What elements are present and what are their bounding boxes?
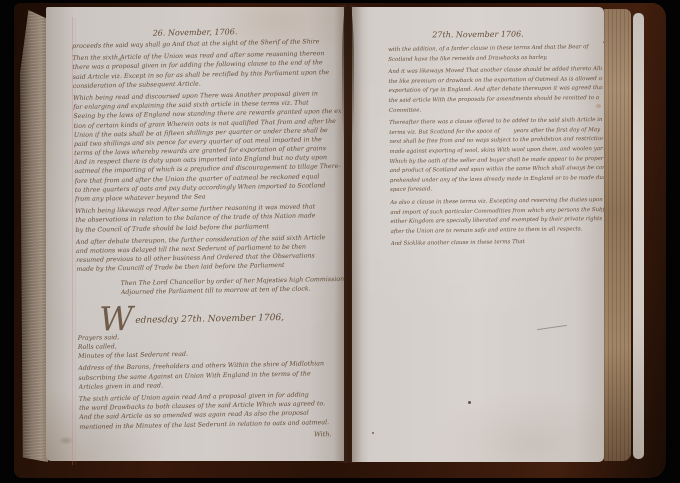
adjournment-block: Then The Lord Chancellor by order of her… xyxy=(121,274,345,297)
minute-text-block: Address of the Barons, freeholders and o… xyxy=(78,359,347,431)
date-heading-right: 27th. November 1706. xyxy=(352,29,604,40)
manuscript-paragraph: And Sicklike another clause in these ter… xyxy=(391,237,605,250)
session-heading-text: ednesday 27th. November 1706, xyxy=(135,313,284,326)
manuscript-paragraph: Then the sixth Article of the Union was … xyxy=(72,49,341,91)
stain-spot xyxy=(596,104,601,108)
catchword: With. xyxy=(80,430,332,443)
manuscript-paragraph: And after debate thereupon, the further … xyxy=(76,233,345,275)
right-fore-edge xyxy=(604,9,631,461)
stain-spot xyxy=(118,58,122,61)
manuscript-paragraph: Thereafter there was a clause offered to… xyxy=(389,116,604,196)
ink-spot xyxy=(468,401,471,404)
manuscript-paragraph: Address of the Barons, freeholders and o… xyxy=(78,359,346,392)
left-page: 26. November, 1706. proceeds the said wa… xyxy=(46,7,344,461)
left-page-text: proceeds the said way shall go And that … xyxy=(72,37,348,443)
manuscript-paragraph: Prayers said,Rolls called,Minutes of the… xyxy=(78,329,346,362)
session-heading: W ednesday 27th. November 1706, xyxy=(99,296,346,334)
manuscript-paragraph: Then The Lord Chancellor by order of her… xyxy=(121,274,345,297)
left-page-edges xyxy=(20,10,48,462)
manuscript-line: And Sicklike another clause in these ter… xyxy=(391,237,605,250)
gutter-binding-shadow xyxy=(342,4,354,154)
opening-lines: Prayers said,Rolls called,Minutes of the… xyxy=(78,329,346,362)
manuscript-paragraph: with the addition, of a farder clause in… xyxy=(388,43,602,65)
right-page: 27th. November 1706. 34 with the additio… xyxy=(352,7,604,462)
manuscript-line: space foresaid. xyxy=(390,183,604,196)
ink-spot xyxy=(372,432,374,434)
manuscript-photo: 26. November, 1706. proceeds the said wa… xyxy=(0,0,680,483)
manuscript-paragraph: Which being read and discoursed upon The… xyxy=(73,89,343,204)
minute-text-block: proceeds the said way shall go And that … xyxy=(72,37,344,275)
right-page-text: with the addition, of a farder clause in… xyxy=(388,43,605,253)
manuscript-paragraph: As also a clause in these terms viz. Exc… xyxy=(390,196,605,237)
outer-page-strip xyxy=(633,13,644,459)
smudge-stain xyxy=(58,436,74,445)
manuscript-paragraph: And it was likeways Moved That another c… xyxy=(388,65,603,116)
session-initial-flourish: W xyxy=(99,305,133,334)
manuscript-paragraph: Which being likeways read After some fur… xyxy=(75,202,343,235)
manuscript-line: after the Union are to remain safe and e… xyxy=(391,225,605,238)
manuscript-paragraph: The sixth article of Union again read An… xyxy=(79,390,348,432)
